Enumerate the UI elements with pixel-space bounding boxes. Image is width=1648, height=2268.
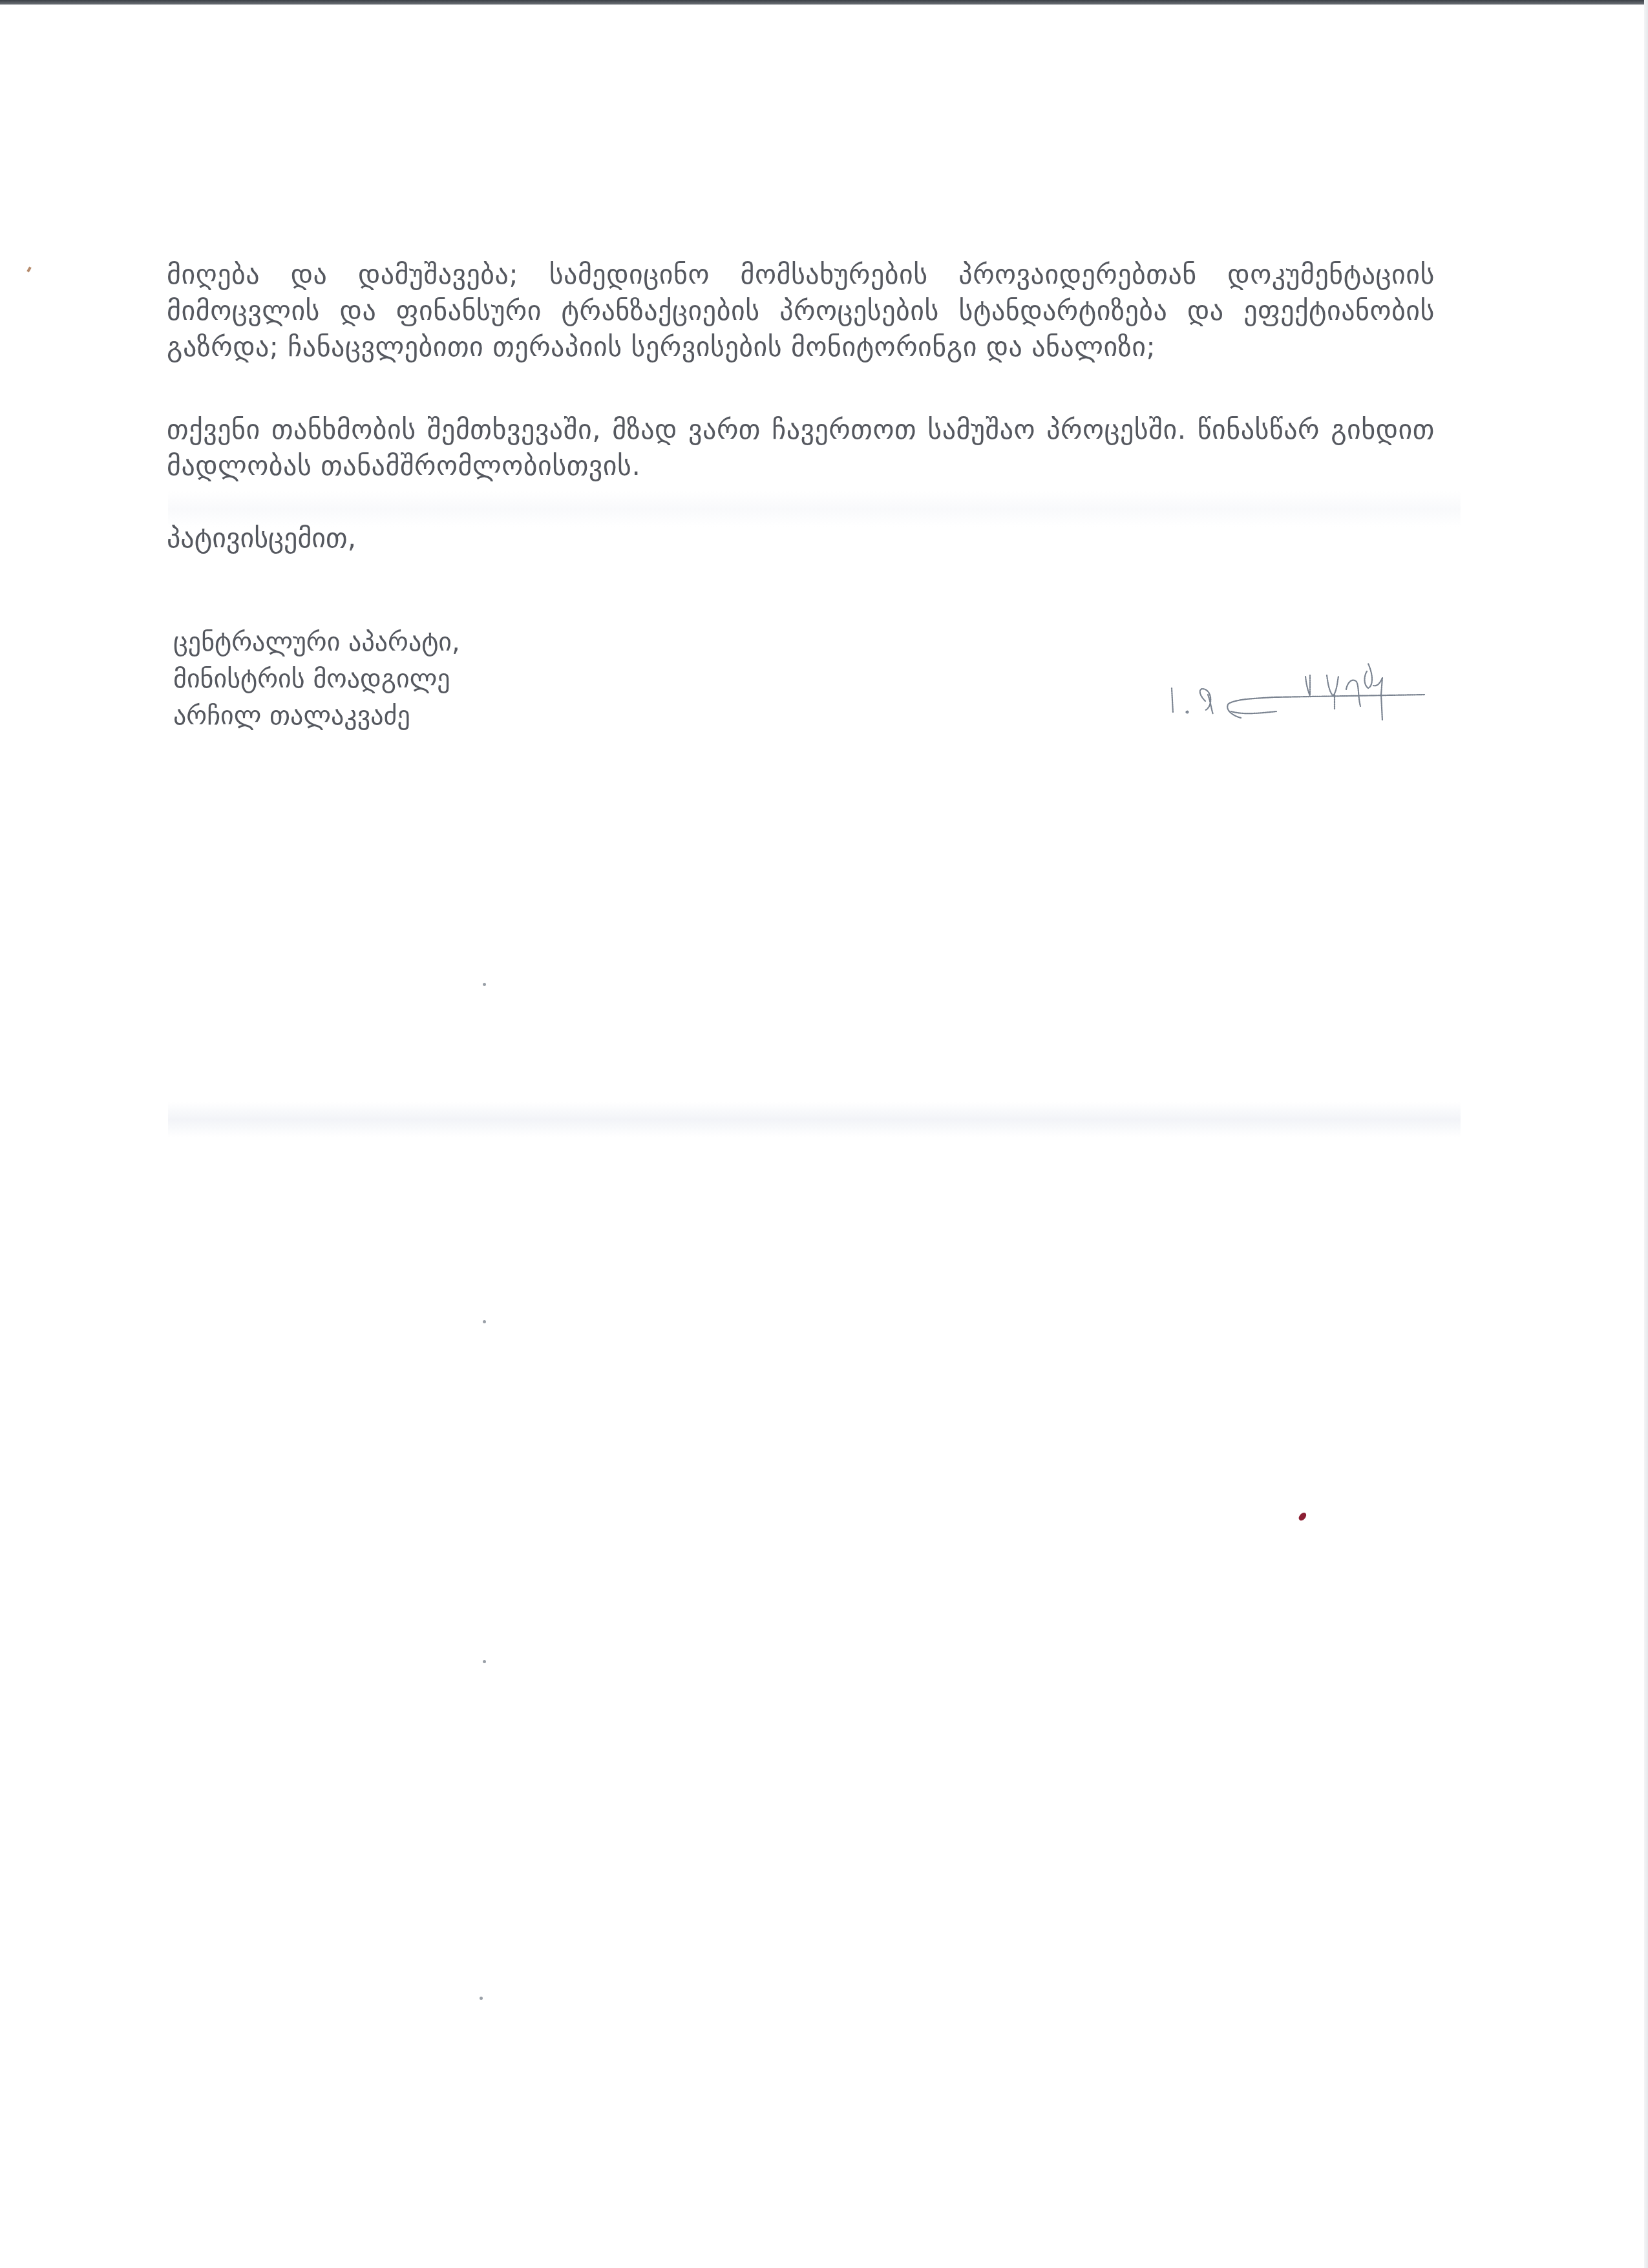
red-ink-mark [1298,1511,1308,1522]
handwritten-signature [1141,649,1425,720]
signatory-block: ცენტრალური აპარატი, მინისტრის მოადგილე ა… [173,624,460,735]
scan-artifact-band [168,1102,1461,1137]
body-paragraph-1: მიღება და დამუშავება; სამედიცინო მომსახუ… [167,257,1435,365]
signatory-position: მინისტრის მოადგილე [173,661,460,698]
scan-dot [480,1997,483,2000]
signatory-name: არჩილ თალაკვაძე [173,698,460,735]
signatory-organization: ცენტრალური აპარატი, [173,624,460,661]
scan-dot [483,1660,486,1663]
scan-dot [483,983,486,986]
scan-right-edge [1644,0,1648,2268]
body-paragraph-2: თქვენი თანხმობის შემთხვევაში, მზად ვართ … [167,412,1435,484]
scan-dot [483,1320,486,1323]
stray-ink-mark [26,267,31,273]
scan-artifact-band [168,491,1461,527]
scan-top-edge [0,0,1648,5]
